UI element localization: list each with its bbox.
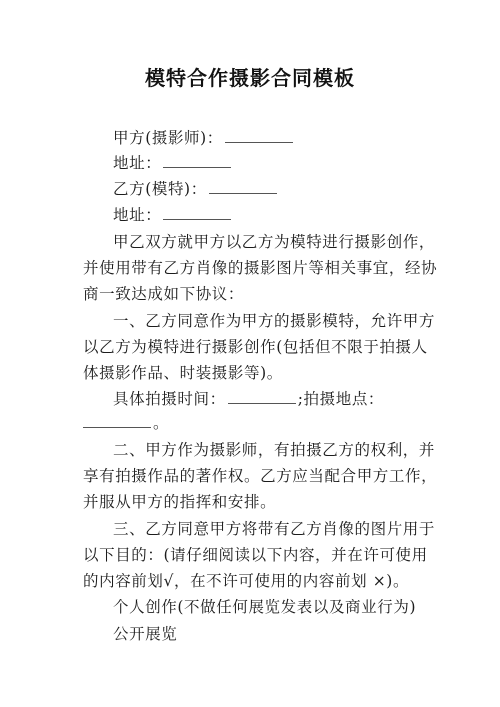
party-b-address-blank	[163, 205, 231, 220]
party-a-address-label: 地址：	[113, 154, 161, 172]
party-b-address-label: 地址：	[113, 206, 161, 224]
usage-option-personal: 个人创作(不做任何展览发表以及商业行为)	[113, 597, 416, 617]
party-b-label: 乙方(模特)：	[113, 180, 207, 198]
intro-line-2: 并使用带有乙方肖像的摄影图片等相关事宜，经协	[83, 258, 437, 278]
clause1-line-3: 体摄影作品、时装摄影等)。	[83, 363, 283, 383]
shoot-time-field: 具体拍摄时间：;拍摄地点：	[113, 389, 384, 409]
party-a-address-field: 地址：	[113, 153, 233, 173]
document-page: 模特合作摄影合同模板 甲方(摄影师)： 地址： 乙方(模特)： 地址： 甲乙双方…	[0, 0, 500, 707]
document-title: 模特合作摄影合同模板	[0, 62, 500, 91]
intro-line-3: 商一致达成如下协议：	[83, 284, 244, 304]
clause1-line-2: 以乙方为模特进行摄影创作(包括但不限于拍摄人	[83, 337, 428, 357]
usage-option-public-exhibition: 公开展览	[113, 624, 177, 644]
party-b-address-field: 地址：	[113, 205, 233, 225]
clause3-line-1: 三、乙方同意甲方将带有乙方肖像的图片用于	[113, 519, 435, 539]
intro-line-1: 甲乙双方就甲方以乙方为模特进行摄影创作，	[113, 232, 435, 252]
party-a-field: 甲方(摄影师)：	[113, 128, 295, 148]
shoot-time-blank	[228, 389, 296, 404]
party-b-field: 乙方(模特)：	[113, 179, 279, 199]
shoot-time-label: 具体拍摄时间：	[113, 390, 226, 408]
shoot-place-blank	[83, 413, 151, 428]
party-b-blank	[209, 179, 277, 194]
party-a-blank	[225, 128, 293, 143]
party-a-label: 甲方(摄影师)：	[113, 129, 223, 147]
clause2-line-2: 享有拍摄作品的著作权。乙方应当配合甲方工作，	[83, 466, 437, 486]
shoot-place-end: 。	[153, 414, 169, 432]
shoot-place-field: 。	[83, 413, 169, 433]
clause2-line-3: 并服从甲方的指挥和安排。	[83, 492, 276, 512]
clause2-line-1: 二、甲方作为摄影师，有拍摄乙方的权利，并	[113, 440, 435, 460]
party-a-address-blank	[163, 153, 231, 168]
shoot-place-label: 拍摄地点：	[304, 390, 385, 408]
clause3-line-2: 以下目的：(请仔细阅读以下内容，并在许可使用	[83, 545, 428, 565]
clause1-line-1: 一、乙方同意作为甲方的摄影模特，允许甲方	[113, 311, 435, 331]
clause3-line-3: 的内容前划√，在不许可使用的内容前划 ×)。	[83, 571, 409, 591]
